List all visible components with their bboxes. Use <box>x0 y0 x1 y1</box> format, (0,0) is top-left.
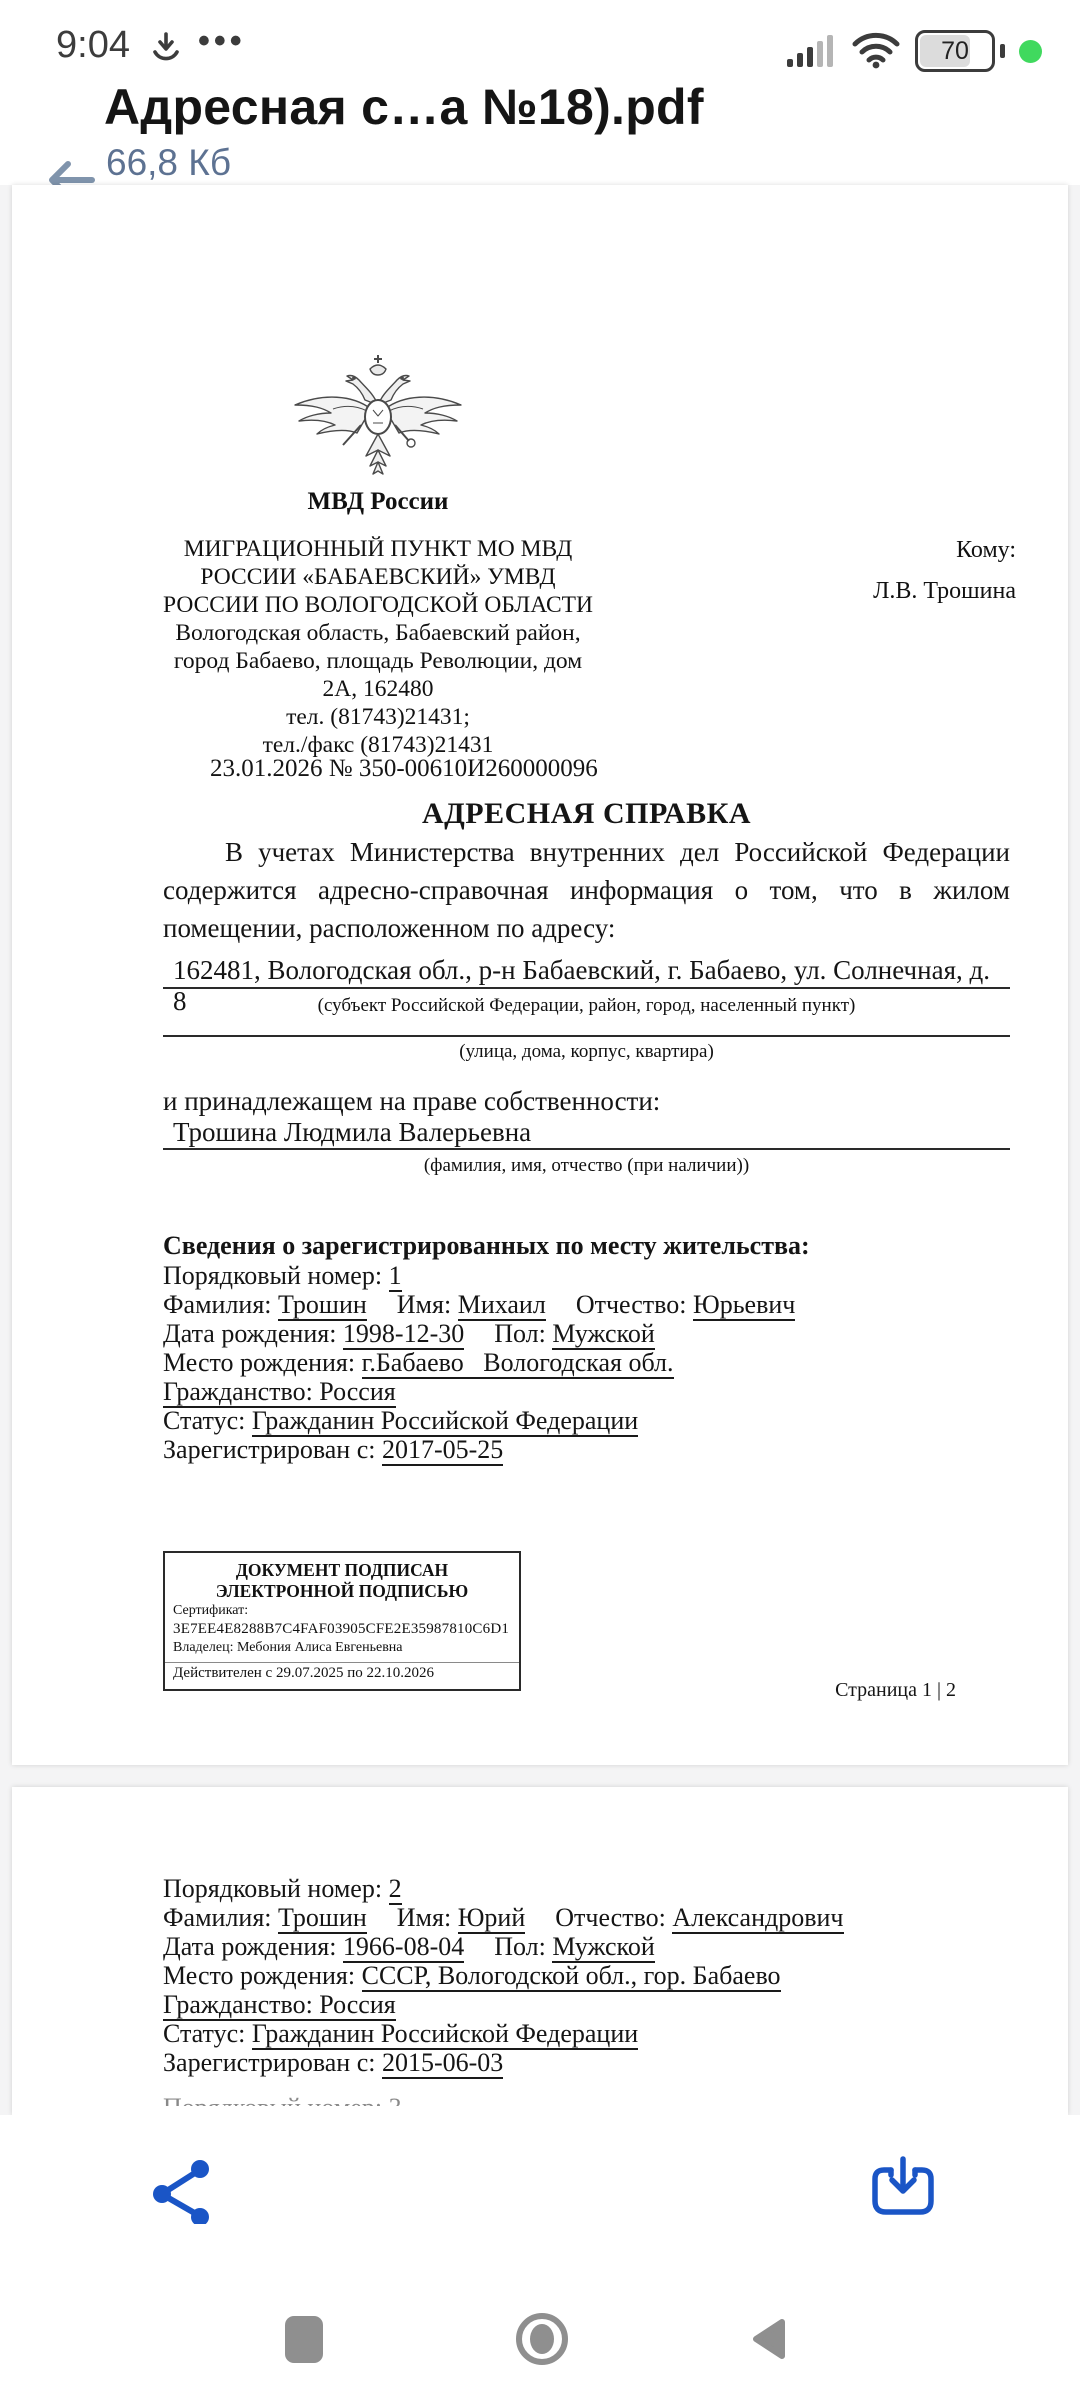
org-line: РОССИИ ПО ВОЛОГОДСКОЙ ОБЛАСТИ <box>118 591 638 619</box>
signature-divider <box>165 1662 519 1663</box>
status-bar: 9:04 ••• 70 <box>0 0 1080 78</box>
home-circle-button[interactable] <box>516 2313 568 2365</box>
back-triangle-button[interactable] <box>744 2315 792 2363</box>
screen: 9:04 ••• 70 <box>0 0 1080 2400</box>
certificate-value: 3E7EE4E8288B7C4FAF03905CFE2E35987810C6D1 <box>173 1620 519 1639</box>
to-label: Кому: <box>696 537 1016 564</box>
person-detail-row: Гражданство: Россия <box>163 1378 1023 1407</box>
address-value: 162481, Вологодская обл., р-н Бабаевский… <box>163 955 1010 989</box>
status-icons: 70 <box>785 30 1042 72</box>
battery-nub <box>1000 44 1005 58</box>
person-detail-row: Гражданство: Россия <box>163 1991 1023 2020</box>
org-line: МИГРАЦИОННЫЙ ПУНКТ МО МВД <box>118 535 638 563</box>
owner-value: Трошина Людмила Валерьевна <box>163 1117 1010 1150</box>
battery-icon: 70 <box>915 30 995 72</box>
person-detail-row: Фамилия: ТрошинИмя: МихаилОтчество: Юрье… <box>163 1291 1023 1320</box>
share-button[interactable] <box>148 2156 216 2224</box>
document-title: АДРЕСНАЯ СПРАВКА <box>163 797 1010 831</box>
status-more-dots-icon: ••• <box>198 22 246 61</box>
signature-validity: Действителен с 29.07.2025 по 22.10.2026 <box>173 1665 519 1682</box>
pdf-viewer[interactable]: МВД России МИГРАЦИОННЫЙ ПУНКТ МО МВДРОСС… <box>0 185 1080 2400</box>
person-detail-row: Фамилия: ТрошинИмя: ЮрийОтчество: Алекса… <box>163 1904 1023 1933</box>
person-detail-row: Дата рождения: 1998-12-30Пол: Мужской <box>163 1320 1023 1349</box>
registered-section-title: Сведения о зарегистрированных по месту ж… <box>163 1231 810 1261</box>
recents-square-button[interactable] <box>285 2316 323 2363</box>
status-download-icon <box>148 30 184 71</box>
clipped-next-line: Порядковый номер: 3 <box>163 2093 1023 2106</box>
battery-percent: 70 <box>941 37 969 66</box>
android-nav-bar <box>0 2275 1080 2400</box>
person-2-details: Порядковый номер: 2Фамилия: ТрошинИмя: Ю… <box>163 1875 1023 2078</box>
person-detail-row: Место рождения: СССР, Вологодской обл., … <box>163 1962 1023 1991</box>
download-file-icon <box>868 2156 938 2220</box>
wifi-icon <box>851 32 901 70</box>
electronic-signature-box: ДОКУМЕНТ ПОДПИСАН ЭЛЕКТРОННОЙ ПОДПИСЬЮ С… <box>163 1551 521 1691</box>
file-title: Адресная с…а №18).pdf <box>104 78 704 136</box>
signature-title-line2: ЭЛЕКТРОННОЙ ПОДПИСЬЮ <box>165 1581 519 1602</box>
to-name: Л.В. Трошина <box>696 578 1016 605</box>
home-circle-inner <box>530 2324 554 2354</box>
person-detail-row: Зарегистрирован с: 2015-06-03 <box>163 2049 1023 2078</box>
street-hint: (улица, дома, корпус, квартира) <box>163 1041 1010 1063</box>
file-size: 66,8 Кб <box>106 142 231 184</box>
emblem-caption: МВД России <box>178 488 578 516</box>
owner-hint: (фамилия, имя, отчество (при наличии)) <box>163 1155 1010 1177</box>
app-header: Адресная с…а №18).pdf 66,8 Кб <box>0 78 1080 185</box>
person-detail-row: Статус: Гражданин Российской Федерации <box>163 2020 1023 2049</box>
bottom-action-bar <box>0 2115 1080 2275</box>
person-detail-row: Место рождения: г.Бабаево Вологодская об… <box>163 1349 1023 1378</box>
intro-paragraph: В учетах Министерства внутренних дел Рос… <box>163 833 1010 947</box>
org-address-block: МИГРАЦИОННЫЙ ПУНКТ МО МВДРОССИИ «БАБАЕВС… <box>118 535 638 759</box>
person-detail-row: Зарегистрирован с: 2017-05-25 <box>163 1436 1023 1465</box>
signal-icon <box>785 33 837 69</box>
clock: 9:04 <box>56 24 130 67</box>
download-file-button[interactable] <box>868 2156 938 2220</box>
share-icon <box>148 2156 216 2224</box>
ownership-line: и принадлежащем на праве собственности: <box>163 1086 660 1117</box>
pdf-page-2: Порядковый номер: 2Фамилия: ТрошинИмя: Ю… <box>12 1787 1068 2115</box>
person-1-details: Порядковый номер: 1Фамилия: ТрошинИмя: М… <box>163 1262 1023 1465</box>
pdf-page-1: МВД России МИГРАЦИОННЫЙ ПУНКТ МО МВДРОСС… <box>12 185 1068 1765</box>
certificate-label: Сертификат: <box>173 1602 519 1620</box>
org-line: тел. (81743)21431; <box>118 703 638 731</box>
green-dot-indicator <box>1019 40 1042 63</box>
addressee-block: Кому: Л.В. Трошина <box>696 537 1016 605</box>
mvd-eagle-emblem-icon <box>283 353 473 485</box>
signature-title-line1: ДОКУМЕНТ ПОДПИСАН <box>165 1560 519 1581</box>
signature-owner: Владелец: Мебония Алиса Евгеньевна <box>173 1639 519 1657</box>
org-line: Вологодская область, Бабаевский район, <box>118 619 638 647</box>
person-detail-row: Порядковый номер: 1 <box>163 1262 1023 1291</box>
person-detail-row: Дата рождения: 1966-08-04Пол: Мужской <box>163 1933 1023 1962</box>
org-line: 2А, 162480 <box>118 675 638 703</box>
person-detail-row: Порядковый номер: 2 <box>163 1875 1023 1904</box>
street-blank-line <box>163 1005 1010 1037</box>
person-detail-row: Статус: Гражданин Российской Федерации <box>163 1407 1023 1436</box>
document-ref-number: 23.01.2026 № 350-00610И260000096 <box>210 755 598 783</box>
org-line: РОССИИ «БАБАЕВСКИЙ» УМВД <box>118 563 638 591</box>
page-number: Страница 1 | 2 <box>835 1679 956 1702</box>
org-line: город Бабаево, площадь Революции, дом <box>118 647 638 675</box>
